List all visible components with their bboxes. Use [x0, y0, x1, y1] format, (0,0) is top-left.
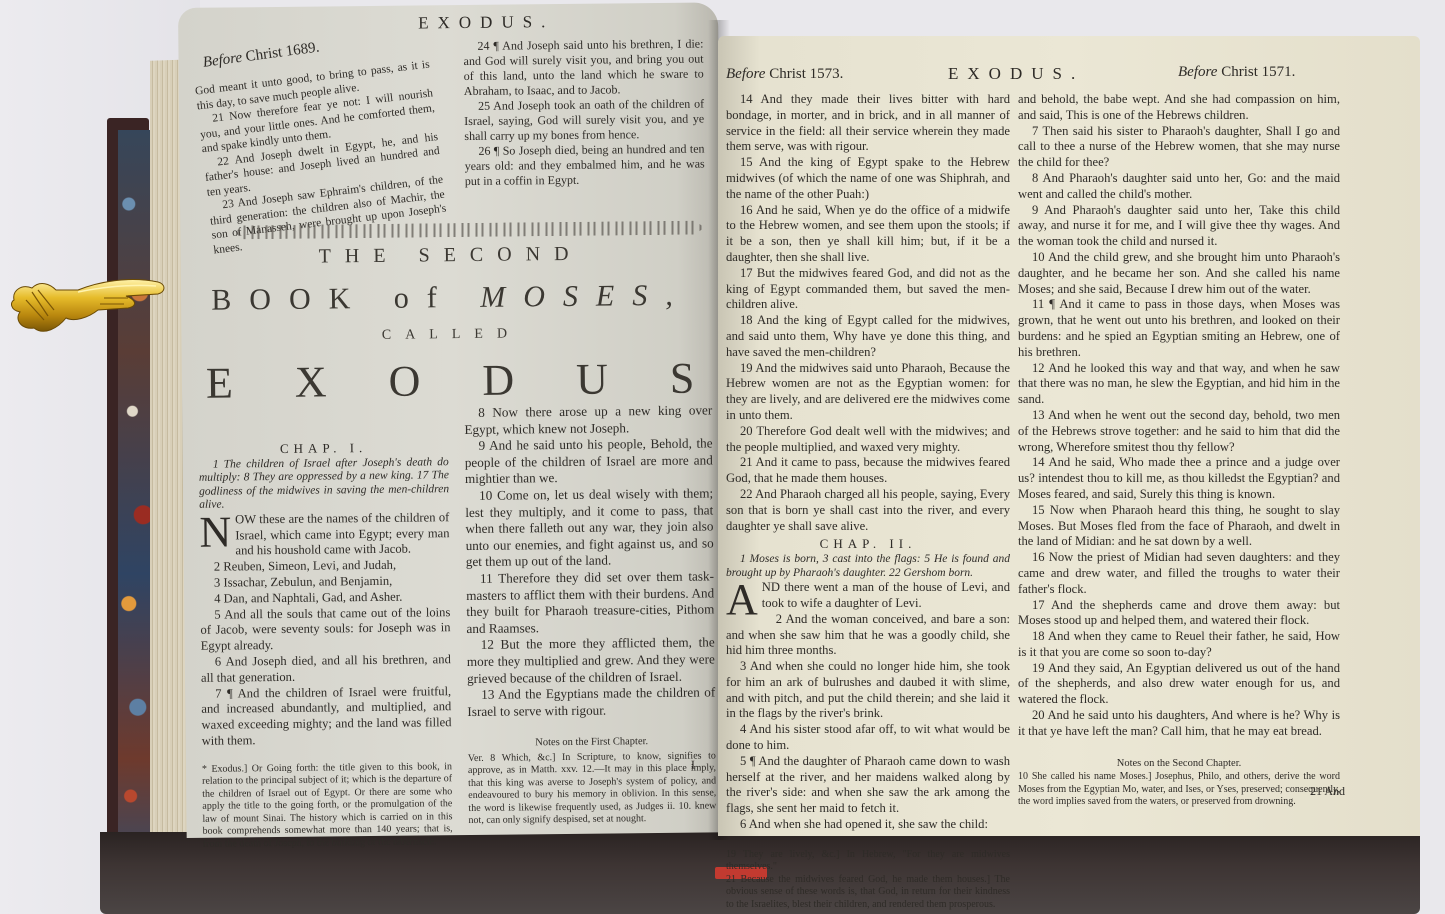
chapter-2-summary: 1 Moses is born, 3 cast into the flags: …: [726, 553, 1010, 580]
chapter-1-summary: 1 The children of Israel after Joseph's …: [199, 456, 450, 513]
right-running-head-right-date: Before Christ 1571.: [1178, 64, 1295, 81]
footnote-exodus-title: * Exodus.] Or Going forth: the title giv…: [202, 761, 453, 851]
right-page: Before Christ 1573. EXODUS. Before Chris…: [718, 36, 1420, 836]
title-line-3: CALLED: [181, 324, 721, 346]
chapter-1-column-1: CHAP. I. 1 The children of Israel after …: [199, 437, 453, 851]
chapter-2-column-2: and behold, the babe wept. And she had c…: [1018, 92, 1340, 809]
marbled-endpaper: [118, 130, 154, 870]
title-line-4: EXODUS: [182, 352, 723, 409]
chapter-2-heading: CHAP. II.: [726, 536, 1010, 552]
chapter-1-verse-1: NOW these are the names of the children …: [199, 510, 449, 560]
catchword: 21 And: [1310, 784, 1345, 799]
notes-second-chapter-heading: Notes on the Second Chapter.: [1018, 756, 1340, 772]
title-line-2: BOOK of MOSES,: [181, 278, 721, 318]
chapter-2-verse-1: AND there went a man of the house of Lev…: [726, 580, 1010, 612]
right-running-head-title: EXODUS.: [948, 64, 1084, 84]
genesis-end-column-2: 24 ¶ And Joseph said unto his brethren, …: [463, 37, 705, 190]
footnotes-chapter-1-right: 19 They are lively, &c.] In Hebrew, "For…: [726, 849, 1010, 912]
notes-first-chapter: Ver. 8 Which, &c.] In Scripture, to know…: [468, 750, 717, 828]
gold-hand-clip-icon[interactable]: [8, 270, 168, 342]
left-page: Before Christ 1689. EXODUS. God meant it…: [178, 2, 727, 838]
left-running-head-date: Before Christ 1689.: [202, 39, 321, 71]
chapter-1-column-2: 8 Now there arose up a new king over Egy…: [464, 402, 716, 827]
title-line-1: THE SECOND: [181, 241, 721, 270]
left-running-head-title: EXODUS.: [418, 12, 554, 33]
chapter-1-heading: CHAP. I.: [199, 439, 449, 457]
notes-second-chapter: 10 She called his name Moses.] Josephus,…: [1018, 771, 1340, 809]
signature-mark: I: [691, 758, 695, 773]
book-title: THE SECOND BOOK of MOSES, CALLED EXODUS: [180, 237, 722, 409]
right-running-head-left-date: Before Christ 1573.: [726, 66, 843, 83]
chapter-1-continued-column: 14 And they made their lives bitter with…: [726, 92, 1010, 911]
